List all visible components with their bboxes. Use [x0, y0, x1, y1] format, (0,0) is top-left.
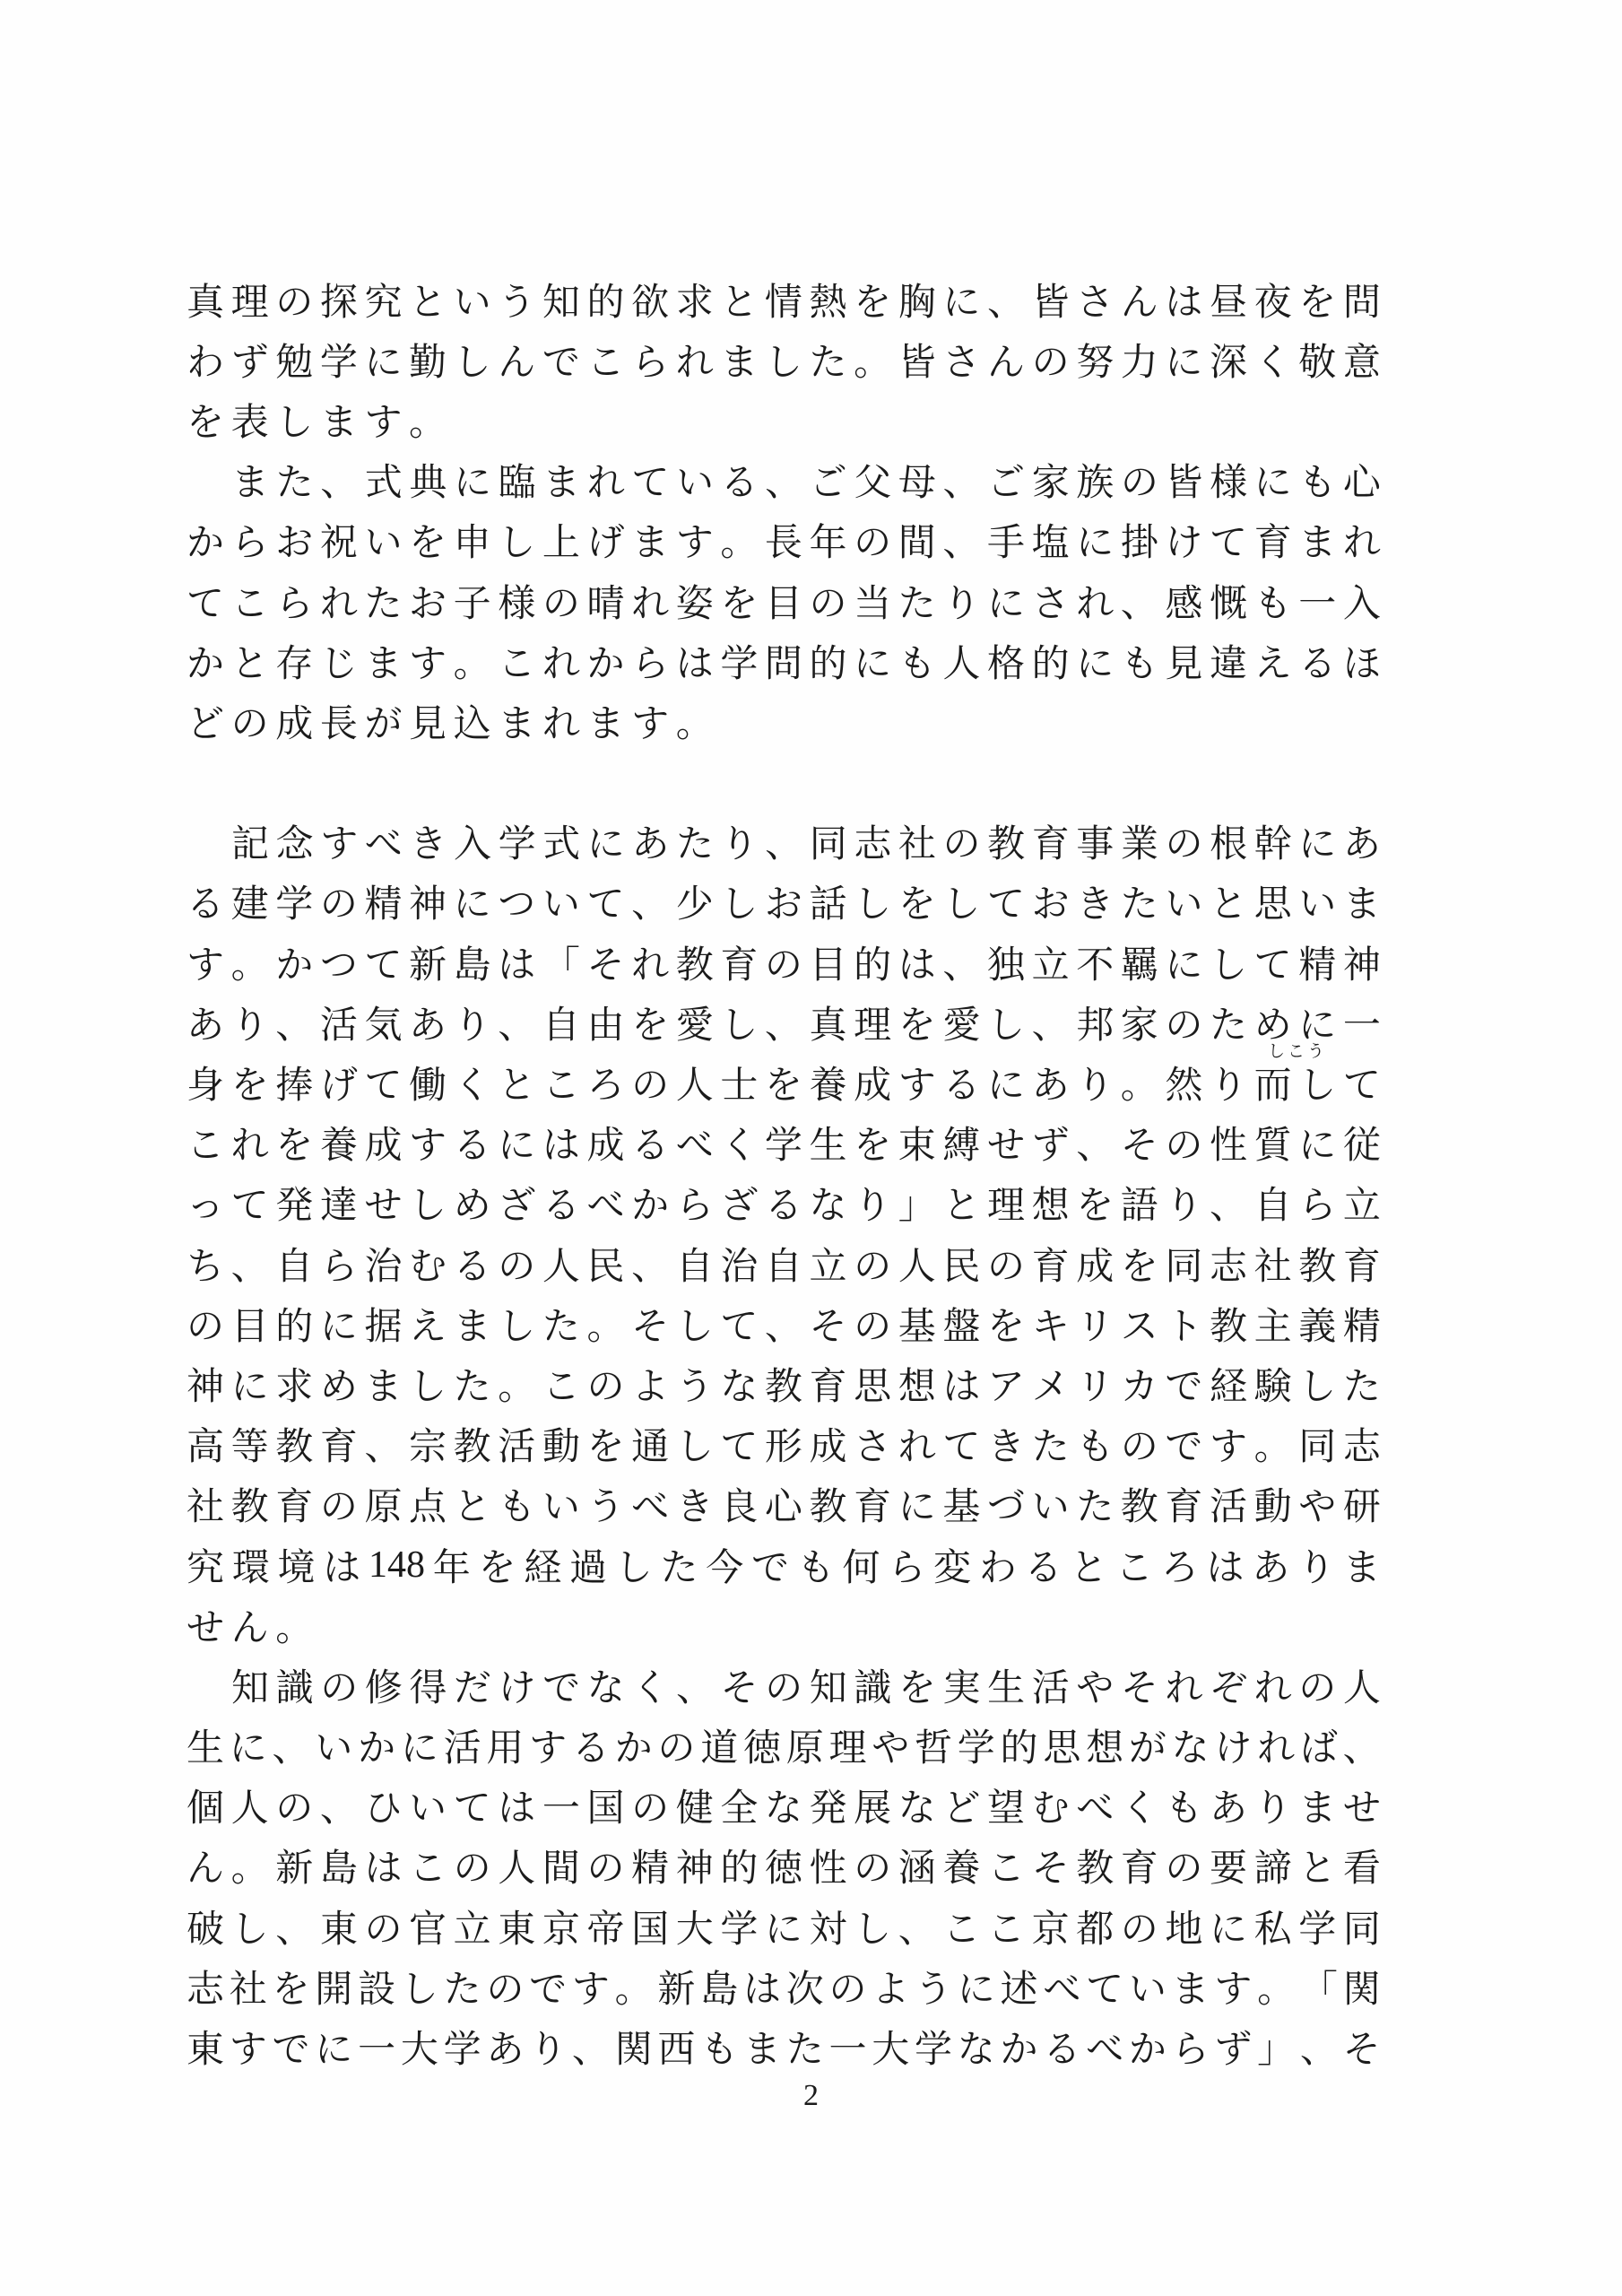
text-line: ん。新島はこの人間の精神的徳性の涵養こそ教育の要諦と看 — [186, 1836, 1381, 1896]
character: つ — [498, 874, 535, 928]
character: 当 — [854, 574, 891, 628]
character: 成 — [586, 1116, 624, 1170]
character: た — [898, 574, 936, 628]
character: 慨 — [1210, 574, 1247, 628]
character: 建 — [231, 874, 269, 928]
character: し — [231, 1900, 269, 1953]
character: 徳 — [743, 1718, 781, 1772]
character: の — [1165, 1116, 1202, 1170]
character: 原 — [364, 1477, 402, 1531]
character: 思 — [1254, 874, 1292, 928]
character: に — [364, 333, 402, 387]
text-line: 高等教育、宗教活動を通して形成されてきたものです。同志 — [186, 1414, 1381, 1474]
character: れ — [542, 634, 580, 688]
character: し — [676, 1297, 714, 1351]
character: そ — [631, 1297, 669, 1351]
character: 私 — [1254, 1900, 1292, 1953]
character: ア — [987, 1357, 1025, 1411]
character: て — [186, 574, 224, 628]
character: 義 — [1298, 1297, 1336, 1351]
character: 真 — [810, 996, 847, 1049]
character: 発 — [275, 1176, 313, 1230]
character: 健 — [676, 1779, 714, 1832]
character: 真 — [186, 273, 224, 326]
character: 然 — [1165, 1056, 1202, 1109]
character: 発 — [810, 1779, 847, 1832]
character: 新 — [657, 1960, 695, 2013]
character: ら — [1298, 1176, 1336, 1230]
character: も — [1121, 634, 1158, 688]
character: 気 — [364, 996, 402, 1049]
character: 的 — [720, 1839, 758, 1892]
character: あ — [186, 996, 224, 1049]
character: 間 — [542, 1839, 580, 1892]
character: た — [810, 333, 847, 387]
character: れ — [231, 1116, 269, 1170]
character: な — [765, 1779, 802, 1832]
character: な — [587, 1658, 625, 1712]
text-line: 記念すべき入学式にあたり、同志社の教育事業の根幹にあ — [186, 812, 1381, 872]
character: 東 — [498, 1900, 535, 1953]
character: に — [1298, 1116, 1336, 1170]
character: 志 — [186, 1960, 224, 2013]
character: り — [1297, 1538, 1335, 1592]
character: ま — [720, 333, 758, 387]
character: 同 — [1165, 1237, 1202, 1291]
character: し — [987, 996, 1025, 1049]
character: 次 — [786, 1960, 824, 2013]
text-line: どの成長が見込まれます。 — [186, 691, 1381, 751]
character: 知 — [810, 1658, 847, 1712]
character: 手 — [987, 513, 1025, 567]
character: ま — [1298, 513, 1336, 567]
character: 点 — [409, 1477, 447, 1531]
character: 、 — [765, 814, 802, 868]
character: 目 — [810, 935, 847, 989]
character: 国 — [586, 1779, 624, 1832]
character: 達 — [320, 1176, 358, 1230]
character: ろ — [1161, 1538, 1199, 1592]
character: 感 — [1165, 574, 1202, 628]
character: 性 — [1210, 1116, 1247, 1170]
character: の — [275, 273, 313, 326]
character: 見 — [1165, 634, 1202, 688]
character: し — [401, 1960, 438, 2013]
character: の — [186, 1297, 224, 1351]
character: ら — [631, 634, 669, 688]
character: さ — [854, 1417, 891, 1471]
character: に — [1210, 1900, 1247, 1953]
character: か — [631, 1176, 669, 1230]
character: 変 — [933, 1538, 971, 1592]
character: の — [320, 1658, 358, 1712]
character: も — [1076, 1417, 1114, 1471]
character: 成 — [1076, 1237, 1114, 1291]
character: 探 — [320, 273, 358, 326]
character: し — [409, 1176, 447, 1230]
character: 過 — [569, 1538, 607, 1592]
character: て — [364, 935, 402, 989]
character: 「 — [1300, 1960, 1338, 2013]
character: 邦 — [1076, 996, 1114, 1049]
character: 幹 — [1254, 814, 1292, 868]
character: て — [720, 1417, 758, 1471]
character: 羈 — [1121, 935, 1158, 989]
character: て — [1210, 513, 1247, 567]
character: 姿 — [676, 574, 714, 628]
character: か — [358, 1718, 395, 1772]
character: 学 — [499, 814, 536, 868]
character: し — [942, 874, 980, 928]
character: い — [454, 273, 491, 326]
character: 、 — [275, 996, 313, 1049]
character: て — [942, 1417, 980, 1471]
character: を — [987, 1297, 1025, 1351]
character: い — [1129, 1960, 1167, 2013]
character: 意 — [1343, 333, 1381, 387]
character: 人 — [231, 1779, 269, 1832]
character: ま — [364, 634, 402, 688]
character: は — [676, 634, 714, 688]
character: 動 — [542, 1417, 580, 1471]
character: 、 — [320, 1779, 358, 1832]
text-line: また、式典に臨まれている、ご父母、ご家族の皆様にも心 — [186, 450, 1381, 510]
character: 一 — [1343, 996, 1381, 1049]
character: る — [1298, 634, 1336, 688]
character: て — [720, 1297, 758, 1351]
character: 。 — [676, 694, 714, 748]
character: に — [320, 1297, 358, 1351]
character: 精 — [1298, 935, 1336, 989]
character: す — [320, 814, 358, 868]
character: 西 — [657, 2020, 695, 2074]
character: 、 — [572, 2020, 610, 2074]
character: も — [797, 1538, 835, 1592]
character: 」 — [1257, 2020, 1295, 2074]
character: 開 — [315, 1960, 352, 2013]
character: 据 — [364, 1297, 402, 1351]
character: な — [898, 1779, 936, 1832]
character: ざ — [720, 1176, 758, 1230]
text-line: ち、自ら治むるの人民、自治自立の人民の育成を同志社教育 — [186, 1233, 1381, 1293]
character: か — [1001, 2020, 1038, 2074]
character: 一 — [1298, 574, 1336, 628]
character: 学 — [720, 634, 758, 688]
character: 成 — [810, 1417, 847, 1471]
character: 的 — [1001, 1718, 1038, 1772]
character: 家 — [1121, 996, 1158, 1049]
character: か — [186, 634, 224, 688]
character: づ — [987, 1477, 1025, 1531]
character: ト — [1165, 1297, 1202, 1351]
character: 涵 — [898, 1839, 936, 1892]
character: 設 — [358, 1960, 395, 2013]
character: よ — [872, 1960, 909, 2013]
character: 盤 — [942, 1297, 980, 1351]
character: 学 — [958, 1718, 995, 1772]
character: 少 — [676, 874, 714, 928]
character: ほ — [1343, 634, 1381, 688]
character: 得 — [409, 1658, 447, 1712]
character: に — [987, 574, 1025, 628]
character: い — [364, 513, 402, 567]
character: く — [454, 1056, 491, 1109]
character: そ — [1032, 1839, 1070, 1892]
character: 何 — [842, 1538, 880, 1592]
document-body: 真理の探究という知的欲求と情熱を胸に、皆さんは昼夜を問わず勉学に勤しんでこられま… — [186, 269, 1381, 2077]
character: 自 — [275, 1237, 313, 1291]
character: た — [364, 574, 402, 628]
character: ん — [987, 333, 1025, 387]
character: 求 — [275, 1357, 313, 1411]
character: と — [231, 634, 269, 688]
character: 。 — [231, 935, 269, 989]
character: 地 — [1165, 1900, 1202, 1953]
character: て — [987, 874, 1025, 928]
character: ば — [1300, 1718, 1338, 1772]
character: 官 — [409, 1900, 447, 1953]
character: 、 — [273, 1718, 310, 1772]
character: 子 — [454, 574, 491, 628]
character: り — [942, 574, 980, 628]
character: 。 — [1121, 1056, 1158, 1109]
character: り — [1076, 1056, 1114, 1109]
character: 勤 — [409, 333, 447, 387]
character: 徳 — [765, 1839, 802, 1892]
character: ま — [1298, 1779, 1336, 1832]
character: 活 — [444, 1718, 481, 1772]
character: す — [529, 1718, 567, 1772]
character: 人 — [898, 1237, 936, 1291]
character: り — [454, 996, 491, 1049]
character: の — [1165, 1839, 1202, 1892]
character: 業 — [1121, 814, 1158, 868]
character: こ — [987, 1900, 1025, 1953]
character: こ — [542, 1056, 580, 1109]
character: 宗 — [409, 1417, 447, 1471]
character: う — [915, 1960, 952, 2013]
character: 、 — [631, 1237, 669, 1291]
text-line: の目的に据えました。そして、その基盤をキリスト教主義精 — [186, 1293, 1381, 1353]
character: は — [1206, 1538, 1244, 1592]
character: 生 — [987, 1658, 1025, 1712]
character: お — [409, 574, 447, 628]
character: 而 — [1254, 1056, 1292, 1109]
character: ぞ — [1210, 1658, 1247, 1712]
character: さ — [1032, 574, 1070, 628]
character: 様 — [1210, 453, 1247, 507]
character: 愛 — [676, 996, 714, 1049]
character: の — [854, 1297, 891, 1351]
character: の — [275, 1779, 313, 1832]
character: し — [720, 874, 758, 928]
character: そ — [1121, 1116, 1158, 1170]
character: を — [1298, 273, 1336, 326]
character: 立 — [454, 1900, 491, 1953]
character: 東 — [186, 2020, 224, 2074]
character: る — [942, 1056, 980, 1109]
character: そ — [1121, 1658, 1158, 1712]
character: を — [409, 513, 447, 567]
character: も — [498, 1477, 535, 1531]
character: を — [898, 1658, 936, 1712]
character: い — [1165, 874, 1202, 928]
character: 京 — [1032, 1900, 1070, 1953]
character: 動 — [1254, 1477, 1292, 1531]
character: 望 — [987, 1779, 1025, 1832]
character: る — [454, 1116, 491, 1170]
character: お — [275, 513, 313, 567]
character: の — [586, 1839, 624, 1892]
character: こ — [586, 333, 624, 387]
character: 等 — [231, 1417, 269, 1471]
character: し — [615, 1538, 653, 1592]
character: 破 — [186, 1900, 224, 1953]
character: こ — [987, 1839, 1025, 1892]
character: は — [1165, 273, 1202, 326]
character: 典 — [409, 453, 447, 507]
character: け — [499, 1658, 536, 1712]
character: 式 — [365, 453, 403, 507]
character: 力 — [1121, 333, 1158, 387]
character: 識 — [276, 1658, 314, 1712]
character: 働 — [409, 1056, 447, 1109]
character: 人 — [942, 634, 980, 688]
character: 不 — [1076, 935, 1114, 989]
character: 高 — [186, 1417, 224, 1471]
character: の — [454, 1839, 491, 1892]
character: こ — [542, 1357, 580, 1411]
character: が — [364, 694, 402, 748]
character: 志 — [1210, 1237, 1247, 1291]
character: 学 — [720, 1900, 758, 1953]
character: 束 — [898, 1116, 936, 1170]
character: 独 — [987, 935, 1025, 989]
character: る — [454, 1237, 491, 1291]
character: て — [1254, 935, 1292, 989]
character: す — [631, 694, 669, 748]
character: 展 — [854, 1779, 891, 1832]
character: め — [320, 1357, 358, 1411]
character: か — [275, 935, 313, 989]
character: 育 — [1165, 1477, 1202, 1531]
character: も — [1254, 574, 1292, 628]
character: 教 — [676, 935, 714, 989]
character: れ — [587, 453, 625, 507]
character: ん — [186, 1839, 224, 1892]
character: べ — [1086, 2020, 1123, 2074]
character: 国 — [631, 1900, 669, 1953]
character: と — [720, 273, 758, 326]
character: 成 — [275, 694, 313, 748]
character: は — [498, 935, 535, 989]
character: 島 — [700, 1960, 738, 2013]
character: 生 — [810, 1116, 847, 1170]
character: し — [676, 1417, 714, 1471]
character: あ — [631, 814, 669, 868]
character: 経 — [524, 1538, 561, 1592]
character: 究 — [186, 1538, 224, 1592]
character: の — [631, 1056, 669, 1109]
character: 込 — [454, 694, 491, 748]
character: 。 — [275, 1598, 313, 1652]
character: 欲 — [631, 273, 669, 326]
character: あ — [486, 2020, 524, 2074]
character: 格 — [987, 634, 1025, 688]
character: 実 — [943, 1658, 981, 1712]
character: 京 — [542, 1900, 580, 1953]
character: ん — [231, 1598, 269, 1652]
character: 活 — [1210, 1477, 1247, 1531]
character: り — [721, 814, 759, 868]
character: 育 — [320, 1417, 358, 1471]
character: に — [898, 1477, 936, 1531]
character: 、 — [1300, 2020, 1338, 2074]
character: 表 — [231, 393, 269, 447]
character: と — [942, 1176, 980, 1230]
character: 環 — [232, 1538, 270, 1592]
text-line: 究環境は148年を経過した今でも何ら変わるところはありま — [186, 1535, 1381, 1595]
character: 祝 — [320, 513, 358, 567]
character: た — [1076, 1477, 1114, 1531]
character: お — [765, 874, 802, 928]
character: 想 — [1086, 1718, 1123, 1772]
character: す — [1210, 1417, 1247, 1471]
character: ひ — [364, 1779, 402, 1832]
character: つ — [320, 935, 358, 989]
character: に — [987, 1056, 1025, 1109]
character: 、 — [320, 453, 358, 507]
character: 社 — [898, 814, 936, 868]
character: 道 — [700, 1718, 738, 1772]
character: 社 — [230, 1960, 267, 2013]
character: 教 — [765, 1357, 802, 1411]
character: 育 — [1032, 1237, 1070, 1291]
character: し — [1210, 935, 1247, 989]
character: く — [631, 1658, 669, 1712]
character: 違 — [1210, 634, 1247, 688]
character: 究 — [364, 273, 402, 326]
character: で — [273, 2020, 310, 2074]
character: 立 — [810, 1237, 847, 1291]
character: 学 — [765, 1116, 802, 1170]
character: る — [631, 1116, 669, 1170]
character: 社 — [1254, 1237, 1292, 1291]
character: も — [1165, 1779, 1202, 1832]
text-line: る建学の精神について、少しお話しをしておきたいと思いま — [186, 872, 1381, 932]
text-line: 真理の探究という知的欲求と情熱を胸に、皆さんは昼夜を問 — [186, 269, 1381, 329]
character: 敬 — [1298, 333, 1336, 387]
character: こ — [498, 634, 535, 688]
character: い — [542, 874, 580, 928]
character: こ — [409, 1839, 447, 1892]
text-line: わず勉学に勤しんでこられました。皆さんの努力に深く敬意 — [186, 329, 1381, 389]
character: の — [231, 694, 269, 748]
character: ま — [586, 694, 624, 748]
character: 、 — [1343, 1718, 1381, 1772]
character: に — [454, 874, 491, 928]
character: 見 — [409, 694, 447, 748]
character: り — [231, 996, 269, 1049]
character: 存 — [275, 634, 313, 688]
character: 問 — [765, 634, 802, 688]
character: 養 — [320, 1116, 358, 1170]
character: の — [1298, 1658, 1336, 1712]
character: し — [498, 513, 535, 567]
character: ら — [275, 574, 313, 628]
character: を — [1121, 1237, 1158, 1291]
text-line: を表します。 — [186, 389, 1381, 449]
